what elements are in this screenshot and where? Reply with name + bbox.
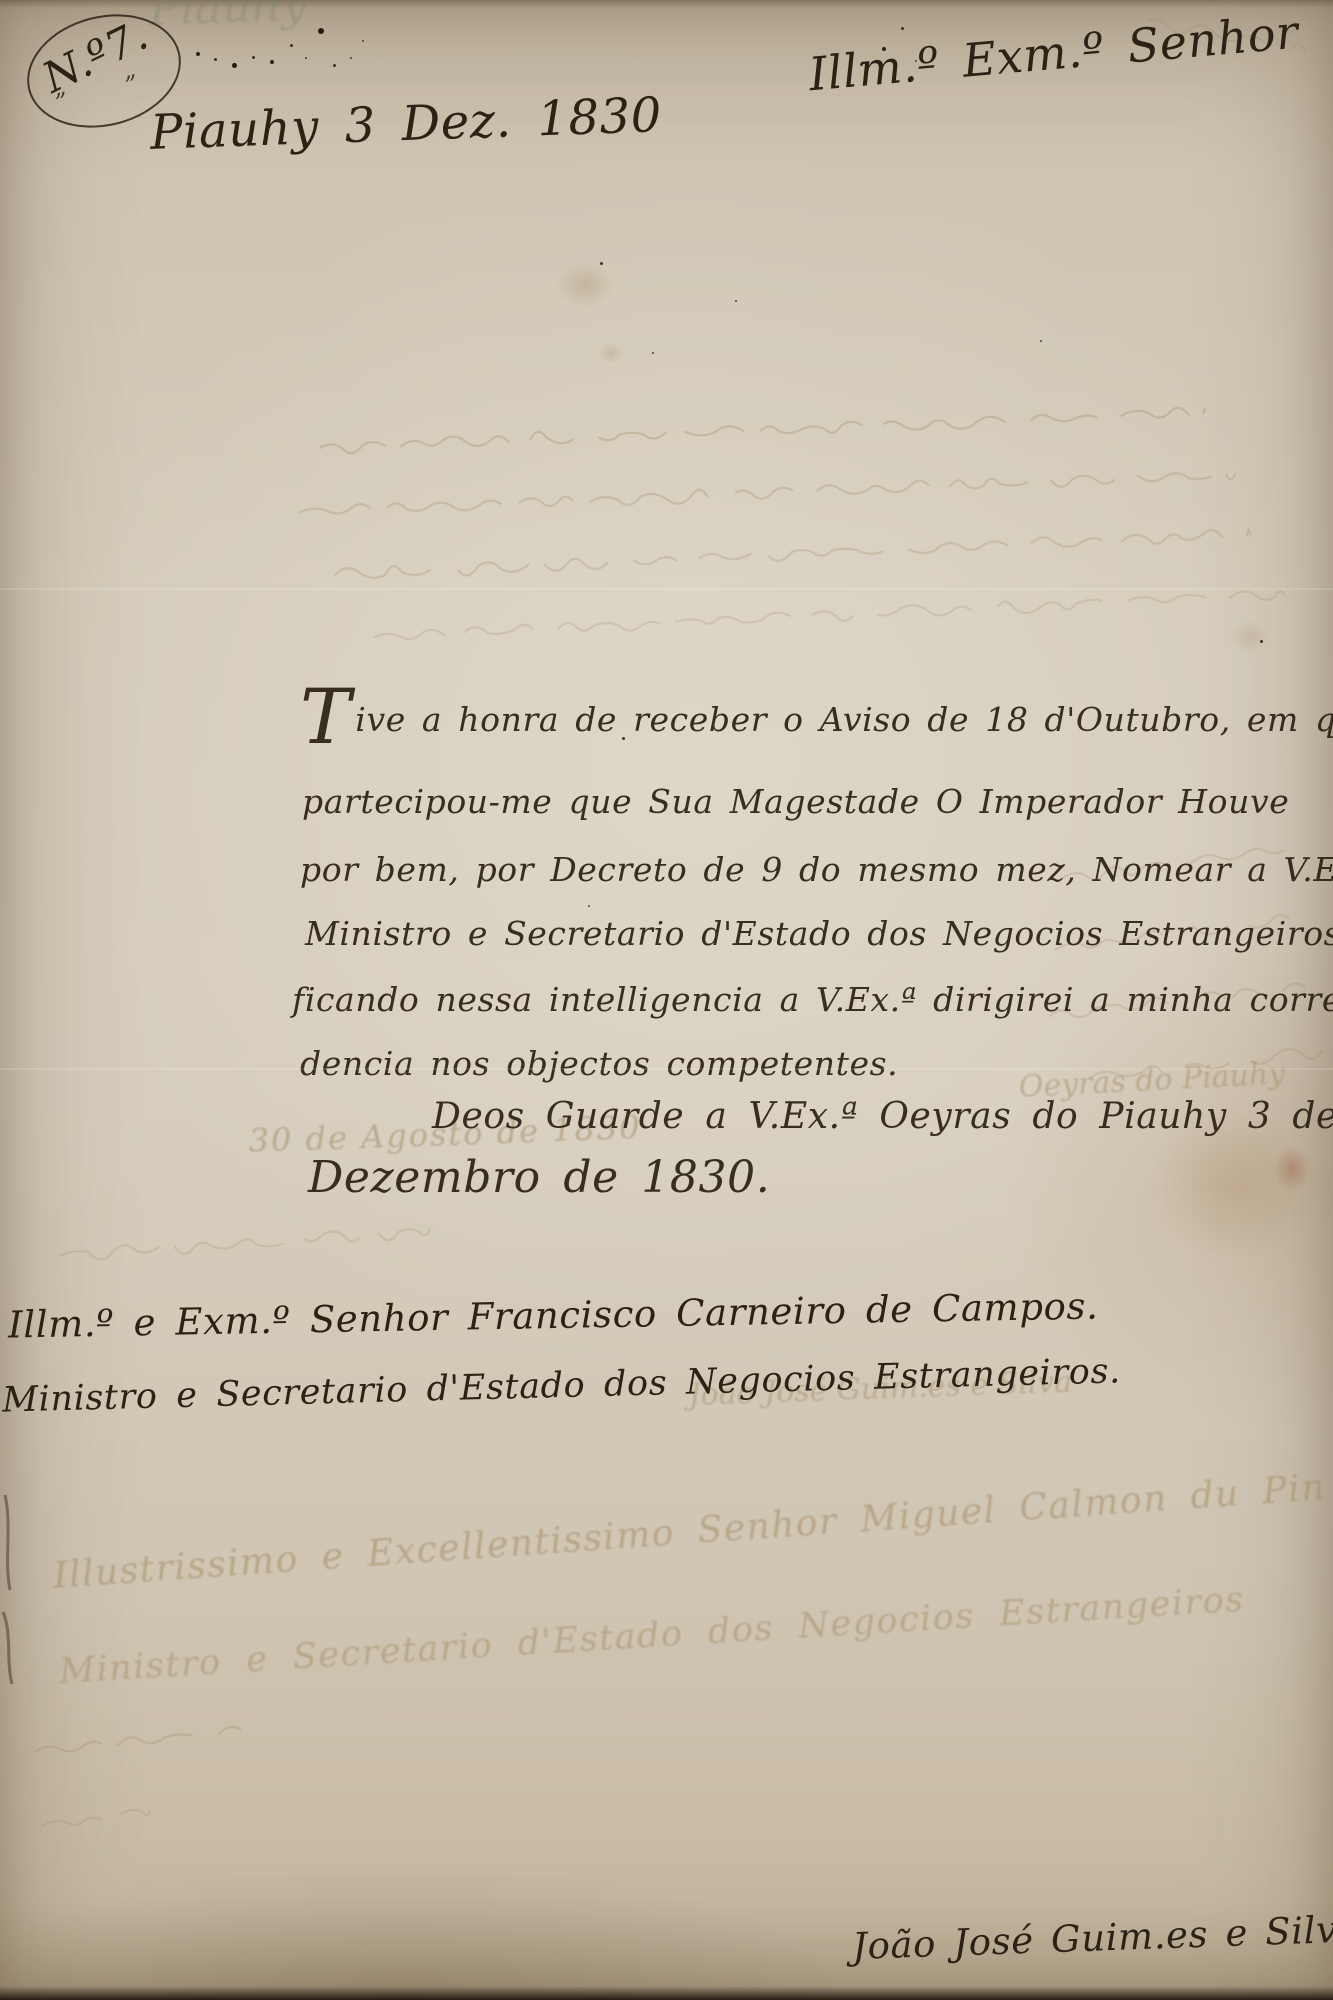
paper-stain <box>598 342 624 364</box>
addressee-name: Illm.º e Exm.º Senhor Francisco Carneiro… <box>8 1284 1099 1346</box>
manuscript-page: Piauhy Oeyras do Piauhy 30 de Agosto de … <box>0 0 1333 2000</box>
body-line: ficando nessa intelligencia a V.Ex.ª dir… <box>292 980 1333 1019</box>
ink-speck <box>350 57 352 59</box>
ink-speck <box>318 28 324 34</box>
ink-speck <box>333 64 336 67</box>
body-line: por bem, por Decreto de 9 do mesmo mez, … <box>300 850 1333 889</box>
body-line: Ministro e Secretario d'Estado dos Negoc… <box>305 914 1333 953</box>
ink-speck <box>232 63 237 68</box>
addressee-title: Ministro e Secretario d'Estado dos Negoc… <box>2 1351 1122 1420</box>
ink-speck <box>270 60 274 64</box>
ink-speck <box>588 905 590 907</box>
ink-speck <box>600 262 603 265</box>
ink-speck <box>252 56 255 59</box>
ink-speck <box>362 40 364 42</box>
bleedthrough-dateline: Piauhy <box>148 0 308 36</box>
signature: João José Guim.es e Silva. <box>851 1907 1333 1968</box>
salutation-heading: Illm.º Exm.º Senhor <box>807 5 1301 102</box>
ink-speck <box>290 44 293 47</box>
paper-crease <box>0 588 1333 590</box>
ink-speck <box>860 63 863 66</box>
ink-speck <box>196 52 200 56</box>
ink-speck <box>652 352 654 354</box>
ink-speck <box>882 47 886 51</box>
body-line: Tive a honra de receber o Aviso de 18 d'… <box>300 700 1333 739</box>
body-closing-line: Deos Guarde a V.Ex.ª Oeyras do Piauhy 3 … <box>432 1096 1333 1137</box>
body-line-1-rest: ive a honra de receber o Aviso de 18 d'O… <box>355 700 1333 739</box>
ink-speck <box>901 27 904 30</box>
ink-speck <box>1260 640 1263 643</box>
bleedthrough-addressee: Illustrissimo e Excellentissimo Senhor M… <box>52 1451 1333 1597</box>
paper-stain <box>1230 620 1270 654</box>
body-line: partecipou-me que Sua Magestade O Impera… <box>302 782 1289 821</box>
paper-stain <box>555 262 615 308</box>
body-line: dencia nos objectos competentes. <box>300 1044 898 1083</box>
ink-speck <box>305 57 307 59</box>
ink-speck <box>622 737 625 740</box>
dateline: Piauhy 3 Dez. 1830 <box>149 87 663 161</box>
ink-speck <box>915 60 917 62</box>
body-date-line: Dezembro de 1830. <box>308 1152 770 1203</box>
body-dropcap: T <box>300 672 351 761</box>
ink-speck <box>735 300 737 302</box>
bleedthrough-addressee-title: Ministro e Secretario d'Estado dos Negoc… <box>58 1580 1246 1692</box>
ink-speck <box>1040 340 1042 342</box>
ink-speck <box>214 58 217 61</box>
paper-stain <box>1274 1146 1310 1192</box>
